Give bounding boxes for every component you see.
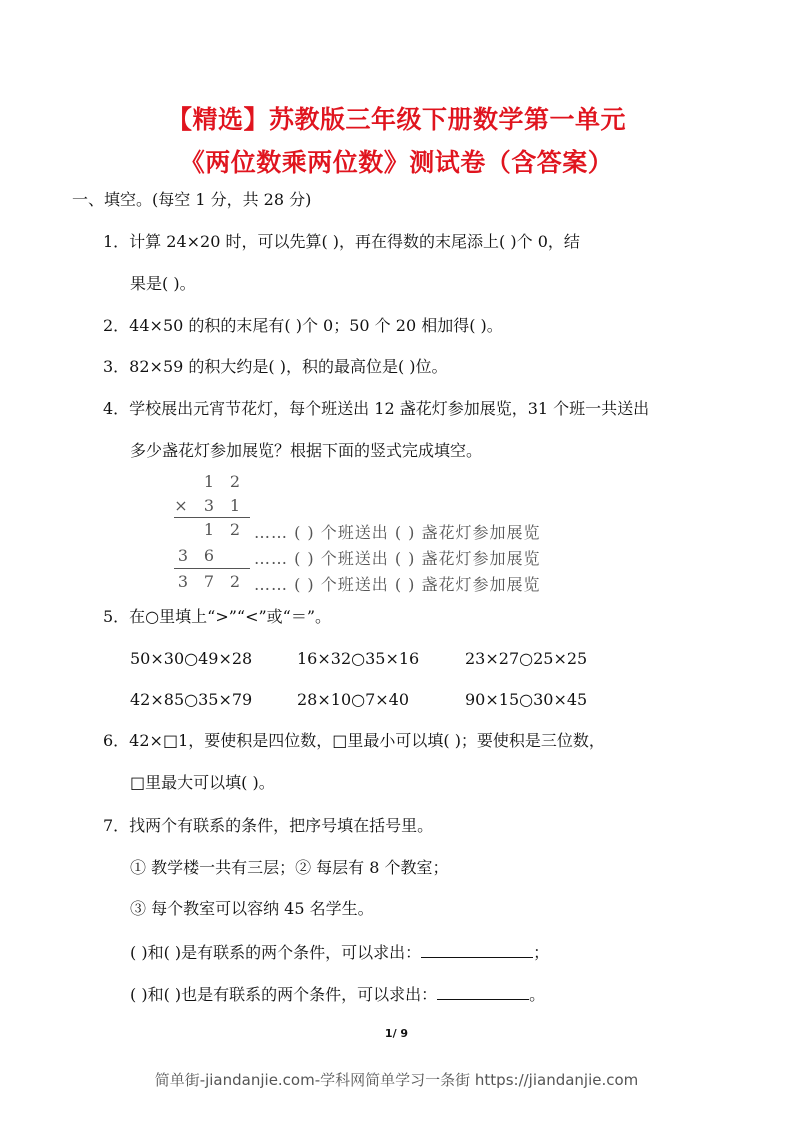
digit: 3 bbox=[176, 572, 190, 591]
answer-1-blank[interactable] bbox=[421, 941, 533, 958]
digit: 2 bbox=[228, 520, 242, 539]
rule-line bbox=[174, 568, 250, 569]
digit: 3 bbox=[202, 496, 216, 515]
answer-1-prefix: ( )和( )是有联系的两个条件，可以求出： bbox=[130, 943, 421, 962]
digit: 7 bbox=[202, 572, 216, 591]
question-6-line1: 6．42×□1，要使积是四位数，□里最小可以填( )；要使积是三位数， bbox=[103, 731, 605, 751]
compare-item: 90×15○30×45 bbox=[465, 690, 587, 709]
answer-line-2: ( )和( )也是有联系的两个条件，可以求出：。 bbox=[130, 983, 545, 1005]
document-title-line2: 《两位数乘两位数》测试卷（含答案） bbox=[0, 143, 793, 179]
answer-2-prefix: ( )和( )也是有联系的两个条件，可以求出： bbox=[130, 985, 437, 1004]
question-2: 2．44×50 的积的末尾有( )个 0；50 个 20 相加得( )。 bbox=[103, 316, 503, 336]
calc-row-desc-3: …… ( ) 个班送出 ( ) 盏花灯参加展览 bbox=[254, 572, 541, 595]
footer-watermark: 简单街-jiandanjie.com-学科网简单学习一条街 https://ji… bbox=[0, 1069, 793, 1090]
question-6-line2: □里最大可以填( )。 bbox=[130, 773, 275, 793]
calc-row-desc-1: …… ( ) 个班送出 ( ) 盏花灯参加展览 bbox=[254, 520, 541, 543]
digit: 3 bbox=[176, 546, 190, 565]
compare-item: 42×85○35×79 bbox=[130, 690, 252, 709]
question-7: 7．找两个有联系的条件，把序号填在括号里。 bbox=[103, 816, 433, 836]
digit: 6 bbox=[202, 546, 216, 565]
answer-1-suffix: ； bbox=[533, 943, 549, 962]
question-4-line1: 4．学校展出元宵节花灯，每个班送出 12 盏花灯参加展览，31 个班一共送出 bbox=[103, 399, 649, 419]
answer-2-blank[interactable] bbox=[437, 983, 529, 1000]
digit: 1 bbox=[202, 520, 216, 539]
document-title-line1: 【精选】苏教版三年级下册数学第一单元 bbox=[0, 100, 793, 136]
vertical-multiplication: 1 2 × 3 1 1 2 …… ( ) 个班送出 ( ) 盏花灯参加展览 3 … bbox=[168, 470, 668, 595]
multiply-sign: × bbox=[174, 496, 188, 515]
condition-3: ③ 每个教室可以容纳 45 名学生。 bbox=[130, 899, 374, 919]
rule-line bbox=[174, 517, 250, 518]
digit: 1 bbox=[202, 472, 216, 491]
question-3: 3．82×59 的积大约是( )，积的最高位是( )位。 bbox=[103, 357, 448, 377]
digit: 1 bbox=[228, 496, 242, 515]
compare-item: 50×30○49×28 bbox=[130, 649, 252, 668]
compare-item: 16×32○35×16 bbox=[297, 649, 419, 668]
page-number: 1/ 9 bbox=[0, 1027, 793, 1040]
section-heading: 一、填空。(每空 1 分，共 28 分) bbox=[72, 190, 311, 210]
question-1-line1: 1．计算 24×20 时，可以先算( )，再在得数的末尾添上( )个 0，结 bbox=[103, 232, 580, 252]
compare-item: 28×10○7×40 bbox=[297, 690, 409, 709]
answer-line-1: ( )和( )是有联系的两个条件，可以求出：； bbox=[130, 941, 549, 963]
digit: 2 bbox=[228, 572, 242, 591]
compare-item: 23×27○25×25 bbox=[465, 649, 587, 668]
question-5: 5．在○里填上“>”“<”或“＝”。 bbox=[103, 607, 331, 627]
answer-2-suffix: 。 bbox=[529, 985, 545, 1004]
question-1-line2: 果是( )。 bbox=[130, 274, 196, 294]
condition-1-2: ① 教学楼一共有三层；② 每层有 8 个教室； bbox=[130, 858, 449, 878]
digit: 2 bbox=[228, 472, 242, 491]
question-4-line2: 多少盏花灯参加展览？根据下面的竖式完成填空。 bbox=[130, 441, 482, 461]
calc-row-desc-2: …… ( ) 个班送出 ( ) 盏花灯参加展览 bbox=[254, 546, 541, 569]
